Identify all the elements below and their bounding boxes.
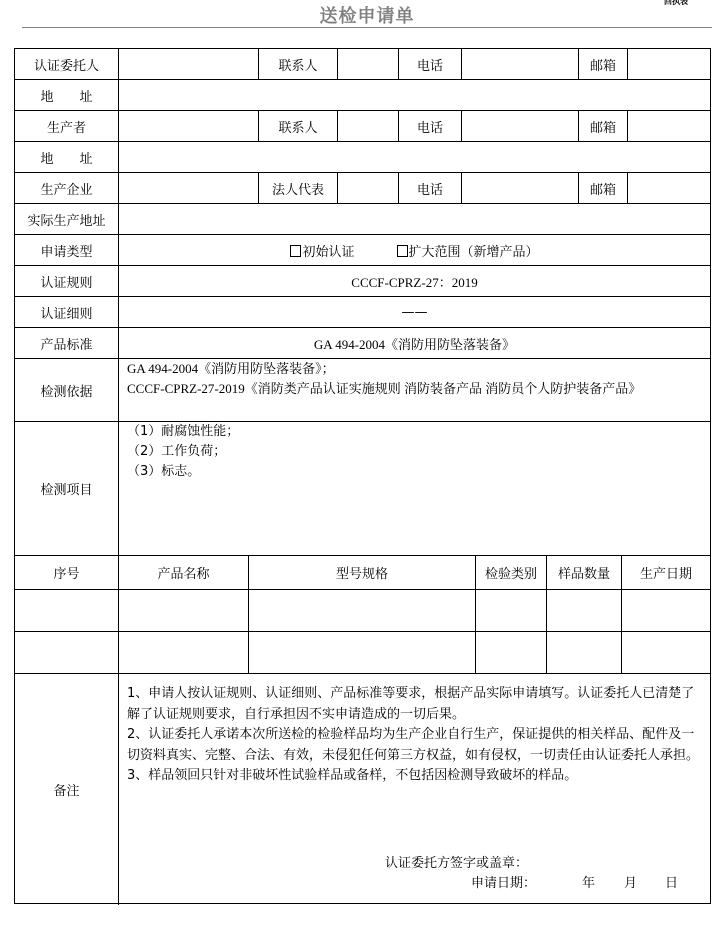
label-entrusting-party: 认证委托人 xyxy=(15,49,119,79)
field-producer-phone[interactable] xyxy=(462,111,579,141)
label-actual-address: 实际生产地址 xyxy=(15,204,119,234)
date-month: 月 xyxy=(624,872,637,891)
field-producer[interactable] xyxy=(119,111,259,141)
row-test-items: 检测项目 （1）耐腐蚀性能； （2）工作负荷； （3）标志。 xyxy=(15,422,710,556)
cell-sample-qty[interactable] xyxy=(547,590,622,631)
label-application-type: 申请类型 xyxy=(15,235,119,265)
label-contact: 联系人 xyxy=(259,111,338,141)
test-item: （2）工作负荷； xyxy=(127,442,226,462)
option-initial[interactable]: 初始认证 xyxy=(290,241,354,260)
row-product-standard: 产品标准 GA 494-2004《消防用防坠落装备》 xyxy=(15,328,710,359)
label-manufacturer: 生产企业 xyxy=(15,173,119,203)
row-producer: 生产者 联系人 电话 邮箱 xyxy=(15,111,710,142)
row-cert-detail: 认证细则 —— xyxy=(15,297,710,328)
option-extension[interactable]: 扩大范围（新增产品） xyxy=(397,241,539,260)
title-divider xyxy=(22,27,712,28)
field-manufacturer[interactable] xyxy=(119,173,259,203)
value-cert-rule: CCCF-CPRZ-27：2019 xyxy=(119,266,710,296)
table-row xyxy=(15,632,710,674)
label-address: 地 址 xyxy=(15,142,119,172)
field-phone[interactable] xyxy=(462,49,579,79)
row-entrusting-address: 地 址 xyxy=(15,80,710,111)
label-product-standard: 产品标准 xyxy=(15,328,119,358)
label-phone: 电话 xyxy=(399,49,462,79)
value-cert-detail: —— xyxy=(119,297,710,327)
field-producer-email[interactable] xyxy=(628,111,710,141)
label-address: 地 址 xyxy=(15,80,119,110)
date-year: 年 xyxy=(582,872,595,891)
row-application-type: 申请类型 初始认证 扩大范围（新增产品） xyxy=(15,235,710,266)
checkbox-icon[interactable] xyxy=(290,245,301,257)
test-basis-line: CCCF-CPRZ-27-2019《消防类产品认证实施规则 消防装备产品 消防员… xyxy=(127,379,641,399)
label-contact: 联系人 xyxy=(259,49,338,79)
field-entrusting-party[interactable] xyxy=(119,49,259,79)
header-serial: 序号 xyxy=(15,556,119,589)
label-phone: 电话 xyxy=(399,173,462,203)
field-contact[interactable] xyxy=(338,49,399,79)
remark-paragraph: 2、认证委托人承诺本次所送检的检验样品均为生产企业自行生产，保证提供的相关样品、… xyxy=(127,725,702,766)
cell-serial[interactable] xyxy=(15,590,119,631)
cell-production-date[interactable] xyxy=(622,632,710,673)
field-producer-address[interactable] xyxy=(119,142,710,172)
signature-label: 认证委托方签字或盖章： xyxy=(385,852,528,871)
cell-product-name[interactable] xyxy=(119,590,249,631)
cell-model[interactable] xyxy=(249,632,476,673)
value-test-basis: GA 494-2004《消防用防坠落装备》； CCCF-CPRZ-27-2019… xyxy=(119,359,710,421)
date-day: 日 xyxy=(665,872,678,891)
field-manufacturer-email[interactable] xyxy=(628,173,710,203)
remark-paragraph: 1、申请人按认证规则、认证细则、产品标准等要求，根据产品实际申请填写。认证委托人… xyxy=(127,684,702,725)
label-phone: 电话 xyxy=(399,111,462,141)
label-email: 邮箱 xyxy=(579,49,628,79)
checkbox-icon[interactable] xyxy=(397,245,408,257)
label-remarks: 备注 xyxy=(15,674,119,905)
cell-model[interactable] xyxy=(249,590,476,631)
field-producer-contact[interactable] xyxy=(338,111,399,141)
field-legal-rep[interactable] xyxy=(338,173,399,203)
table-row xyxy=(15,590,710,632)
corner-mark: 回执表 xyxy=(664,0,688,7)
test-item: （1）耐腐蚀性能； xyxy=(127,422,239,442)
header-test-category: 检验类别 xyxy=(476,556,547,589)
label-legal-rep: 法人代表 xyxy=(259,173,338,203)
label-cert-rule: 认证规则 xyxy=(15,266,119,296)
cell-test-category[interactable] xyxy=(476,632,547,673)
value-product-standard: GA 494-2004《消防用防坠落装备》 xyxy=(119,328,710,358)
cell-sample-qty[interactable] xyxy=(547,632,622,673)
application-type-options: 初始认证 扩大范围（新增产品） xyxy=(119,235,710,265)
cell-product-name[interactable] xyxy=(119,632,249,673)
field-email[interactable] xyxy=(628,49,710,79)
date-label: 申请日期： xyxy=(471,872,536,891)
value-test-items: （1）耐腐蚀性能； （2）工作负荷； （3）标志。 xyxy=(119,422,710,555)
header-model: 型号规格 xyxy=(249,556,476,589)
samples-table-header: 序号 产品名称 型号规格 检验类别 样品数量 生产日期 xyxy=(15,556,710,590)
row-cert-rule: 认证规则 CCCF-CPRZ-27：2019 xyxy=(15,266,710,297)
field-manufacturer-phone[interactable] xyxy=(462,173,579,203)
field-actual-address[interactable] xyxy=(119,204,710,234)
label-test-items: 检测项目 xyxy=(15,422,119,555)
header-product-name: 产品名称 xyxy=(119,556,249,589)
label-email: 邮箱 xyxy=(579,111,628,141)
cell-test-category[interactable] xyxy=(476,590,547,631)
row-test-basis: 检测依据 GA 494-2004《消防用防坠落装备》； CCCF-CPRZ-27… xyxy=(15,359,710,422)
row-producer-address: 地 址 xyxy=(15,142,710,173)
label-test-basis: 检测依据 xyxy=(15,359,119,421)
row-remarks: 备注 1、申请人按认证规则、认证细则、产品标准等要求，根据产品实际申请填写。认证… xyxy=(15,674,710,905)
remark-paragraph: 3、样品领回只针对非破坏性试验样品或备样，不包括因检测导致破坏的样品。 xyxy=(127,766,702,787)
field-entrusting-address[interactable] xyxy=(119,80,710,110)
row-actual-address: 实际生产地址 xyxy=(15,204,710,235)
page-title: 送检申请单 xyxy=(0,2,720,28)
cell-production-date[interactable] xyxy=(622,590,710,631)
row-manufacturer: 生产企业 法人代表 电话 邮箱 xyxy=(15,173,710,204)
label-email: 邮箱 xyxy=(579,173,628,203)
test-basis-line: GA 494-2004《消防用防坠落装备》； xyxy=(127,359,335,379)
row-entrusting-party: 认证委托人 联系人 电话 邮箱 xyxy=(15,49,710,80)
label-cert-detail: 认证细则 xyxy=(15,297,119,327)
header-production-date: 生产日期 xyxy=(622,556,710,589)
cell-serial[interactable] xyxy=(15,632,119,673)
header-sample-qty: 样品数量 xyxy=(547,556,622,589)
label-producer: 生产者 xyxy=(15,111,119,141)
application-form: 认证委托人 联系人 电话 邮箱 地 址 生产者 联系人 电话 邮箱 地 址 生产… xyxy=(14,48,711,904)
test-item: （3）标志。 xyxy=(127,462,200,482)
